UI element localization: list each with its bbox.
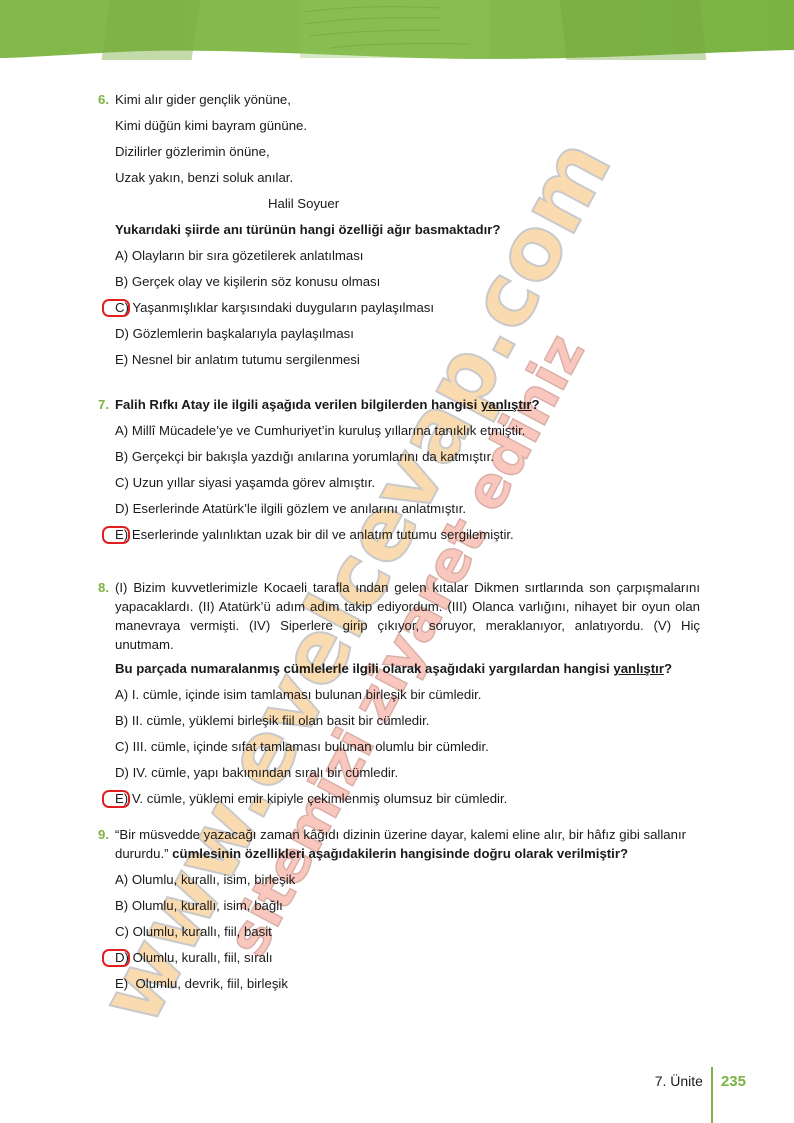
question-number: 9. bbox=[98, 825, 115, 863]
poem-line: Kimi alır gider gençlik yönüne, bbox=[115, 92, 291, 107]
poem-author: Halil Soyuer bbox=[98, 191, 700, 217]
option-e[interactable]: E) Nesnel bir anlatım tutumu sergilenmes… bbox=[98, 347, 700, 373]
option-e[interactable]: E) Olumlu, devrik, fiil, birleşik bbox=[98, 971, 700, 997]
question-number: 7. bbox=[98, 392, 115, 418]
unit-label: 7. Ünite bbox=[655, 1073, 711, 1089]
option-d[interactable]: D) Eserlerinde Atatürk’le ilgili gözlem … bbox=[98, 496, 700, 522]
passage-text: (I) Bizim kuvvetlerimizle Kocaeli tarafl… bbox=[115, 578, 700, 654]
option-a[interactable]: A) I. cümle, içinde isim tamlaması bulun… bbox=[98, 682, 700, 708]
prompt-end: ? bbox=[664, 661, 672, 676]
question-prompt: cümlesinin özellikleri aşağıdakilerin ha… bbox=[169, 846, 629, 861]
option-b[interactable]: B) II. cümle, yüklemi birleşik fiil olan… bbox=[98, 708, 700, 734]
option-d[interactable]: D) Olumlu, kurallı, fiil, sıralı bbox=[98, 945, 700, 971]
question-number: 6. bbox=[98, 87, 115, 113]
poem-line: Dizilirler gözlerimin önüne, bbox=[98, 139, 700, 165]
option-a[interactable]: A) Olayların bir sıra gözetilerek anlatı… bbox=[98, 243, 700, 269]
option-a[interactable]: A) Olumlu, kurallı, isim, birleşik bbox=[98, 867, 700, 893]
answer-circle-mark bbox=[102, 790, 130, 808]
prompt-underlined: yanlıştır bbox=[613, 661, 664, 676]
question-prompt: 7.Falih Rıfkı Atay ile ilgili aşağıda ve… bbox=[98, 392, 700, 418]
question-prompt: Bu parçada numaralanmış cümlelerle ilgil… bbox=[98, 656, 700, 682]
option-d[interactable]: D) Gözlemlerin başkalarıyla paylaşılması bbox=[98, 321, 700, 347]
footer-divider bbox=[711, 1067, 713, 1123]
answer-circle-mark bbox=[102, 299, 130, 317]
stem-text: “Bir müsvedde yazacağı zaman kâğıdı dizi… bbox=[115, 825, 700, 863]
question-7: 7.Falih Rıfkı Atay ile ilgili aşağıda ve… bbox=[98, 392, 700, 548]
option-text: C) Yaşanmışlıklar karşısındaki duyguları… bbox=[115, 300, 434, 315]
question-8: 8. (I) Bizim kuvvetlerimizle Kocaeli tar… bbox=[98, 578, 700, 812]
option-b[interactable]: B) Gerçekçi bir bakışla yazdığı anıların… bbox=[98, 444, 700, 470]
answer-circle-mark bbox=[102, 949, 130, 967]
question-9: 9. “Bir müsvedde yazacağı zaman kâğıdı d… bbox=[98, 825, 700, 997]
option-c[interactable]: C) Uzun yıllar siyasi yaşamda görev almı… bbox=[98, 470, 700, 496]
page-number: 235 bbox=[713, 1073, 746, 1090]
option-d[interactable]: D) IV. cümle, yapı bakımından sıralı bir… bbox=[98, 760, 700, 786]
page-footer: 7. Ünite 235 bbox=[655, 1068, 746, 1094]
poem-line: Kimi düğün kimi bayram gününe. bbox=[98, 113, 700, 139]
option-b[interactable]: B) Gerçek olay ve kişilerin söz konusu o… bbox=[98, 269, 700, 295]
header-banner bbox=[0, 0, 794, 62]
option-e[interactable]: E) V. cümle, yüklemi emir kipiyle çekiml… bbox=[98, 786, 700, 812]
option-text: E) Eserlerinde yalınlıktan uzak bir dil … bbox=[115, 527, 514, 542]
prompt-underlined: yanlıştır bbox=[481, 397, 532, 412]
question-prompt: Yukarıdaki şiirde anı türünün hangi özel… bbox=[98, 217, 700, 243]
option-c[interactable]: C) Yaşanmışlıklar karşısındaki duyguları… bbox=[98, 295, 700, 321]
question-stem: 9. “Bir müsvedde yazacağı zaman kâğıdı d… bbox=[98, 825, 700, 863]
prompt-end: ? bbox=[532, 397, 540, 412]
prompt-text: Falih Rıfkı Atay ile ilgili aşağıda veri… bbox=[115, 397, 481, 412]
passage: 8. (I) Bizim kuvvetlerimizle Kocaeli tar… bbox=[98, 578, 700, 654]
option-text: D) Olumlu, kurallı, fiil, sıralı bbox=[115, 950, 273, 965]
option-b[interactable]: B) Olumlu, kurallı, isim, bağlı bbox=[98, 893, 700, 919]
option-text: E) V. cümle, yüklemi emir kipiyle çekiml… bbox=[115, 791, 507, 806]
option-e[interactable]: E) Eserlerinde yalınlıktan uzak bir dil … bbox=[98, 522, 700, 548]
prompt-text: Bu parçada numaralanmış cümlelerle ilgil… bbox=[115, 661, 613, 676]
option-c[interactable]: C) Olumlu, kurallı, fiil, basit bbox=[98, 919, 700, 945]
option-a[interactable]: A) Millî Mücadele’ye ve Cumhuriyet’in ku… bbox=[98, 418, 700, 444]
poem-line: Uzak yakın, benzi soluk anılar. bbox=[98, 165, 700, 191]
question-number: 8. bbox=[98, 578, 115, 654]
question-6: 6.Kimi alır gider gençlik yönüne, Kimi d… bbox=[98, 87, 700, 373]
answer-circle-mark bbox=[102, 526, 130, 544]
option-c[interactable]: C) III. cümle, içinde sıfat tamlaması bu… bbox=[98, 734, 700, 760]
